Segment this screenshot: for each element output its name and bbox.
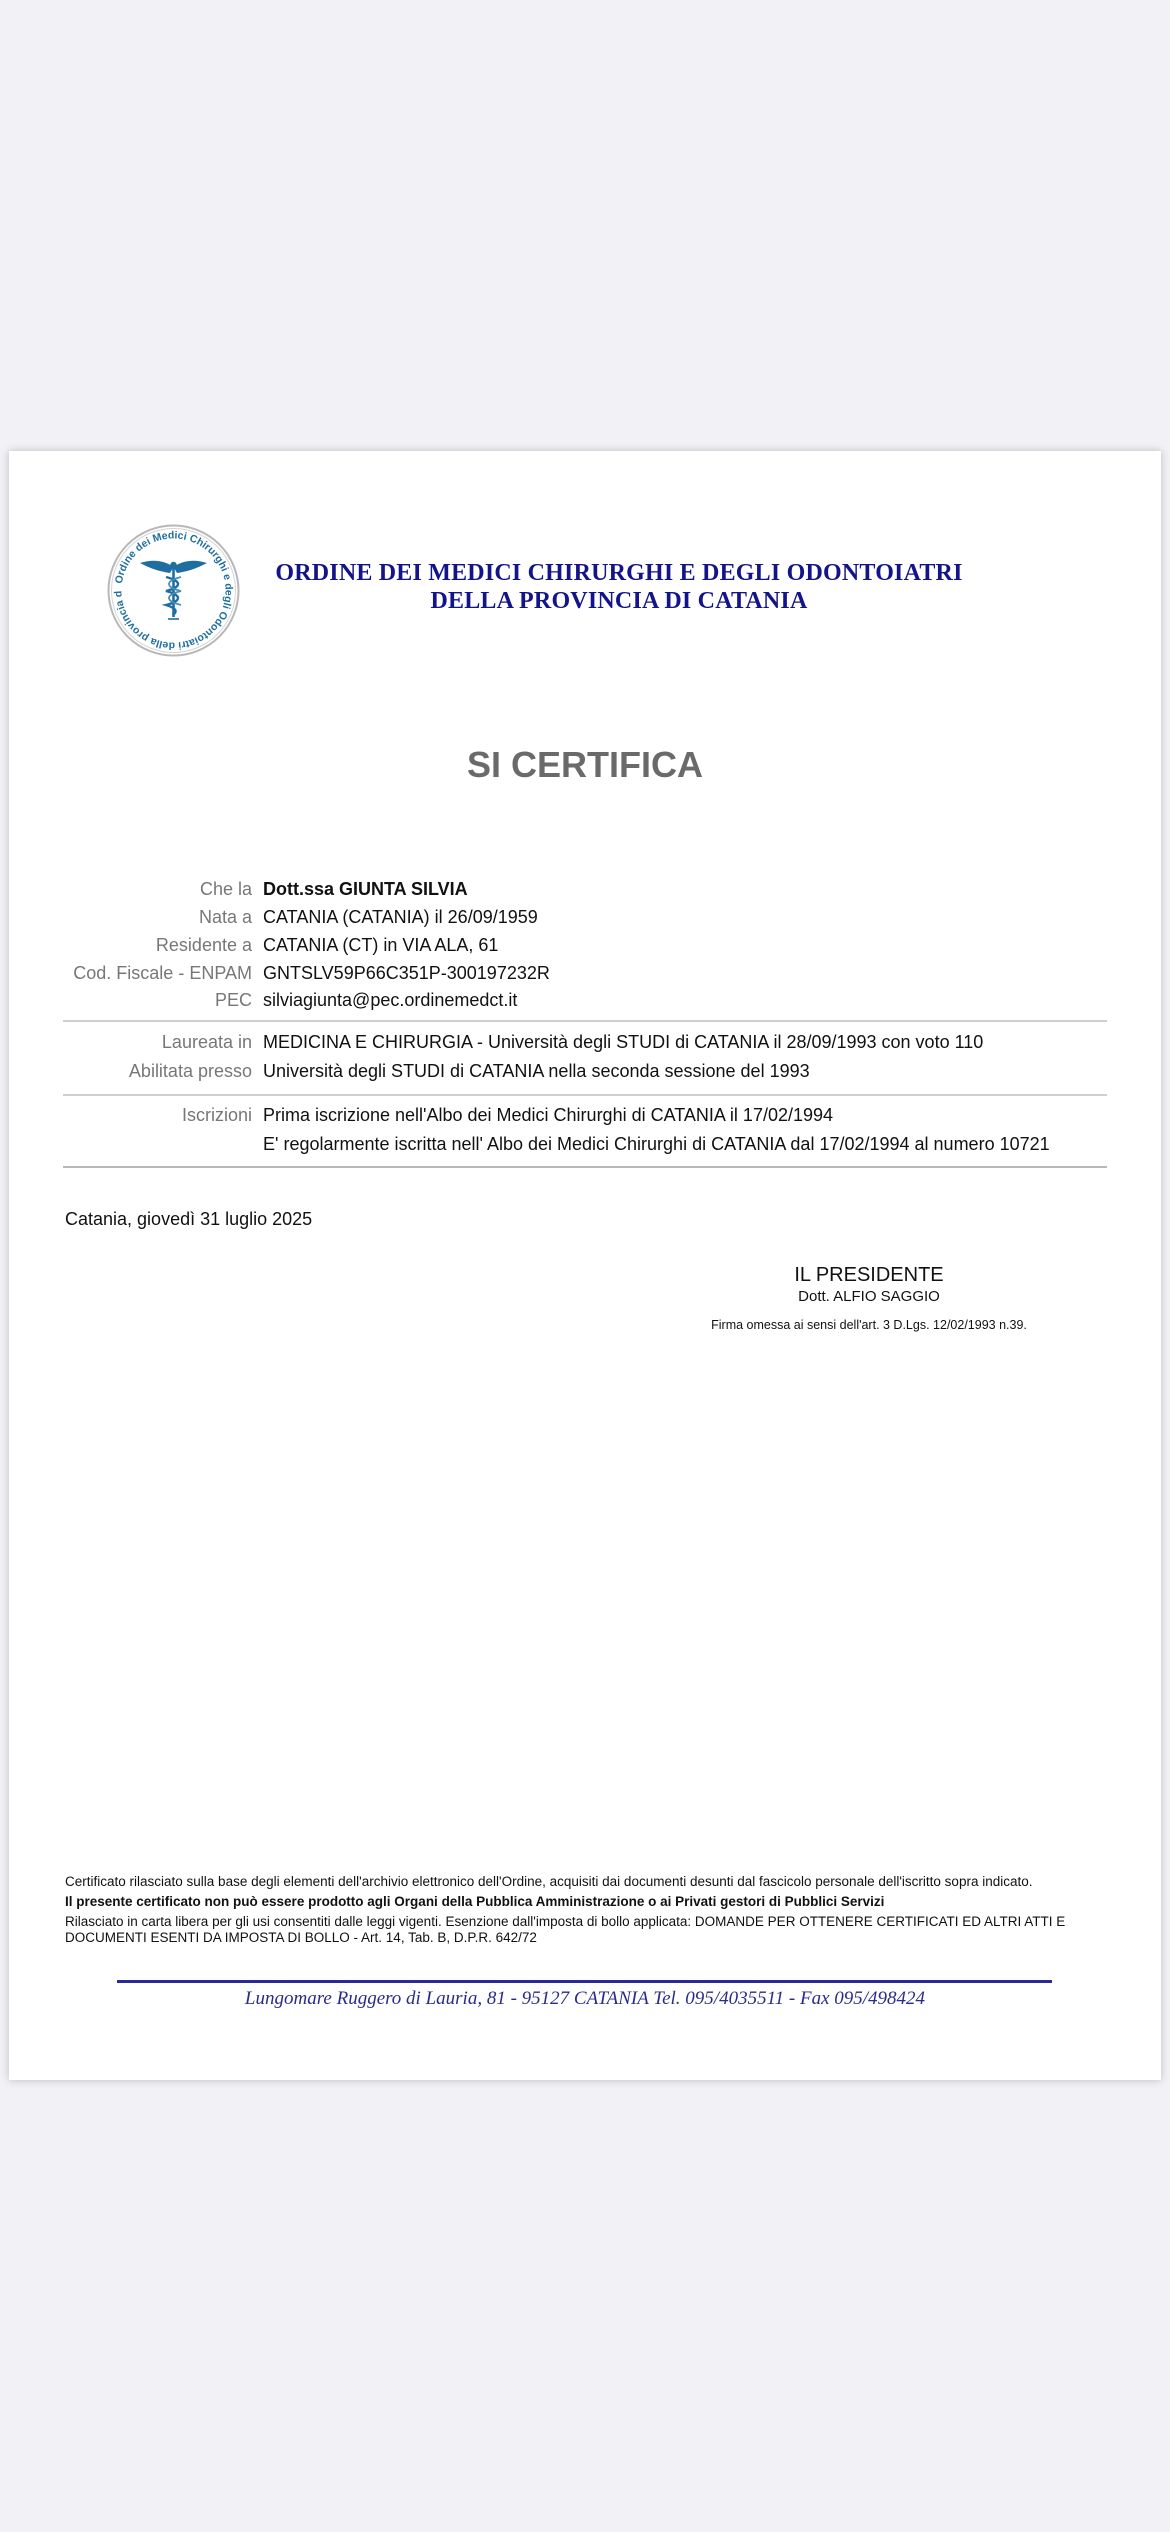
certificate-heading: SI CERTIFICA — [9, 744, 1161, 786]
signatory-title: IL PRESIDENTE — [669, 1263, 1069, 1287]
field-value: MEDICINA E CHIRURGIA - Università degli … — [263, 1031, 983, 1053]
field-label: PEC — [215, 989, 252, 1011]
field-value: Università degli STUDI di CATANIA nella … — [263, 1060, 810, 1082]
footer-address: Lungomare Ruggero di Lauria, 81 - 95127 … — [9, 1988, 1161, 2010]
field-label: Che la — [200, 878, 252, 900]
divider — [63, 1094, 1107, 1096]
organization-title: ORDINE DEI MEDICI CHIRURGHI E DEGLI ODON… — [259, 559, 979, 615]
signature-note: Firma omessa ai sensi dell'art. 3 D.Lgs.… — [669, 1317, 1069, 1333]
field-label: Residente a — [156, 934, 252, 956]
signature-block: IL PRESIDENTE Dott. ALFIO SAGGIO Firma o… — [669, 1263, 1069, 1333]
divider — [63, 1020, 1107, 1022]
field-value: CATANIA (CT) in VIA ALA, 61 — [263, 934, 498, 956]
field-value: GNTSLV59P66C351P-300197232R — [263, 962, 550, 984]
org-title-line-2: DELLA PROVINCIA DI CATANIA — [259, 587, 979, 615]
caduceus-seal-icon: Ordine dei Medici Chirurghi e degli Odon… — [106, 523, 241, 658]
org-title-line-1: ORDINE DEI MEDICI CHIRURGHI E DEGLI ODON… — [259, 559, 979, 587]
legal-note-restriction: Il presente certificato non può essere p… — [65, 1894, 1105, 1910]
issue-date: Catania, giovedì 31 luglio 2025 — [65, 1209, 312, 1230]
field-value: CATANIA (CATANIA) il 26/09/1959 — [263, 906, 538, 928]
legal-note-source: Certificato rilasciato sulla base degli … — [65, 1874, 1105, 1890]
field-value: E' regolarmente iscritta nell' Albo dei … — [263, 1133, 1050, 1155]
pec-email: silviagiunta@pec.ordinemedct.it — [263, 989, 517, 1011]
field-value: Prima iscrizione nell'Albo dei Medici Ch… — [263, 1104, 833, 1126]
field-label: Cod. Fiscale - ENPAM — [73, 962, 252, 984]
field-label: Nata a — [199, 906, 252, 928]
signatory-name: Dott. ALFIO SAGGIO — [669, 1287, 1069, 1307]
certificate-page: Ordine dei Medici Chirurghi e degli Odon… — [9, 451, 1161, 2080]
field-label: Iscrizioni — [182, 1104, 252, 1126]
divider — [63, 1166, 1107, 1168]
doctor-name: Dott.ssa GIUNTA SILVIA — [263, 878, 468, 900]
legal-notes: Certificato rilasciato sulla base degli … — [65, 1874, 1105, 1950]
field-label: Laureata in — [162, 1031, 252, 1053]
legal-note-stamp-exemption: Rilasciato in carta libera per gli usi c… — [65, 1914, 1105, 1946]
footer-divider — [117, 1980, 1052, 1983]
field-label: Abilitata presso — [129, 1060, 252, 1082]
